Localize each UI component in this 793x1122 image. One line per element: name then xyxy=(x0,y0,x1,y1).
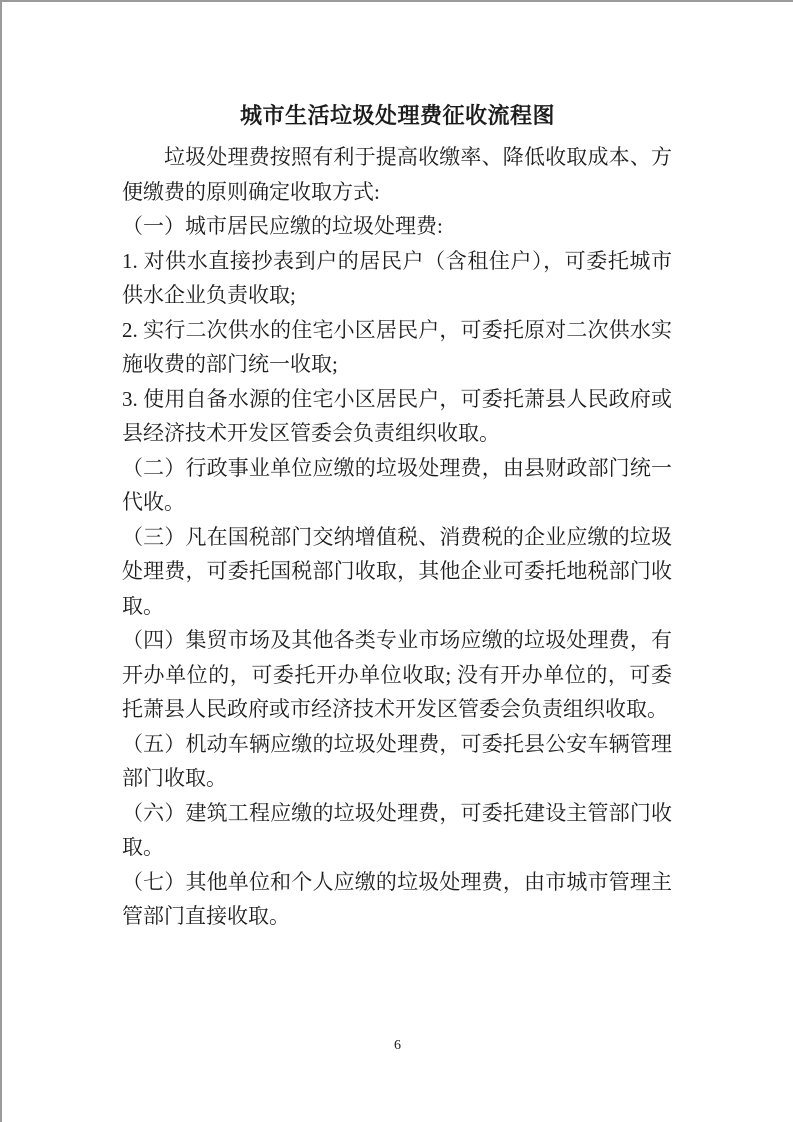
paragraph: （五）机动车辆应缴的垃圾处理费，可委托县公安车辆管理部门收取。 xyxy=(122,727,672,796)
paragraph: （六）建筑工程应缴的垃圾处理费，可委托建设主管部门收取。 xyxy=(122,796,672,865)
paragraph: （一）城市居民应缴的垃圾处理费: xyxy=(122,209,672,244)
paragraph: （七）其他单位和个人应缴的垃圾处理费，由市城市管理主管部门直接收取。 xyxy=(122,865,672,934)
page-title: 城市生活垃圾处理费征收流程图 xyxy=(2,103,793,129)
paragraph: （二）行政事业单位应缴的垃圾处理费，由县财政部门统一代收。 xyxy=(122,451,672,520)
document-page: 城市生活垃圾处理费征收流程图 垃圾处理费按照有利于提高收缴率、降低收取成本、方便… xyxy=(0,0,793,1122)
document-body: 垃圾处理费按照有利于提高收缴率、降低收取成本、方便缴费的原则确定收取方式:（一）… xyxy=(122,140,672,934)
paragraph: 2. 实行二次供水的住宅小区居民户，可委托原对二次供水实施收费的部门统一收取; xyxy=(122,313,672,382)
paragraph: （四）集贸市场及其他各类专业市场应缴的垃圾处理费，有开办单位的，可委托开办单位收… xyxy=(122,623,672,727)
paragraph: 3. 使用自备水源的住宅小区居民户，可委托萧县人民政府或县经济技术开发区管委会负… xyxy=(122,382,672,451)
paragraph: 1. 对供水直接抄表到户的居民户（含租住户），可委托城市供水企业负责收取; xyxy=(122,244,672,313)
paragraph: （三）凡在国税部门交纳增值税、消费税的企业应缴的垃圾处理费，可委托国税部门收取，… xyxy=(122,520,672,624)
paragraph: 垃圾处理费按照有利于提高收缴率、降低收取成本、方便缴费的原则确定收取方式: xyxy=(122,140,672,209)
page-number: 6 xyxy=(2,1038,793,1054)
